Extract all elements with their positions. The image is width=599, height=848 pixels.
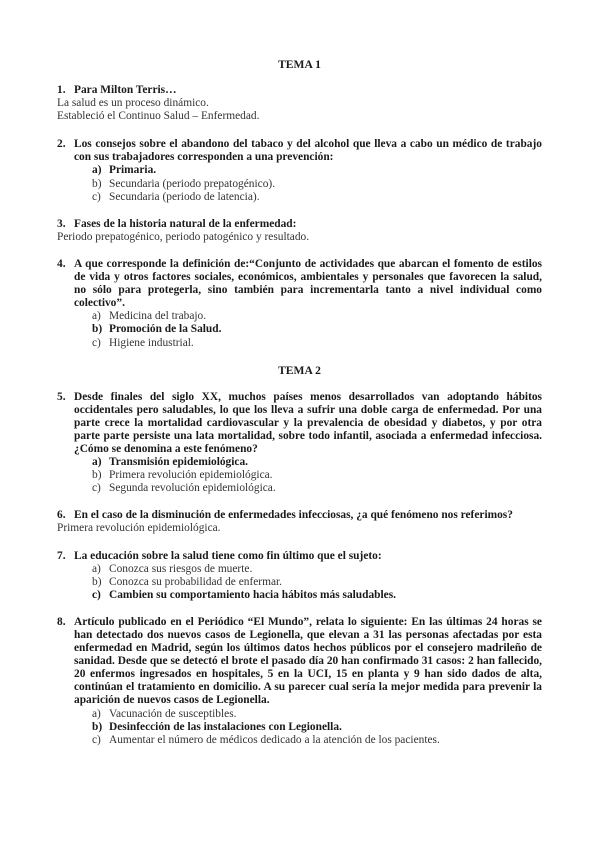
question-8: 8.Artículo publicado en el Periódico “El… (57, 616, 542, 747)
question-text: La educación sobre la salud tiene como f… (74, 550, 542, 563)
option-text: Desinfección de las instalaciones con Le… (109, 721, 342, 734)
options-list: a)Medicina del trabajo. b)Promoción de l… (57, 310, 542, 349)
question-1: 1.Para Milton Terris… La salud es un pro… (57, 84, 542, 123)
question-text: Fases de la historia natural de la enfer… (74, 218, 542, 231)
option-text: Aumentar el número de médicos dedicado a… (109, 734, 440, 747)
option: a)Medicina del trabajo. (92, 310, 542, 323)
option-letter: b) (92, 469, 109, 482)
question-number: 3. (57, 218, 74, 231)
option-text: Secundaria (periodo de latencia). (109, 191, 260, 204)
option-letter: a) (92, 164, 109, 177)
option-letter: b) (92, 323, 109, 336)
option: c)Higiene industrial. (92, 337, 542, 350)
question-number: 4. (57, 258, 74, 310)
question-number: 7. (57, 550, 74, 563)
option: c)Aumentar el número de médicos dedicado… (92, 734, 542, 747)
answer-line: La salud es un proceso dinámico. (57, 97, 542, 110)
question-number: 8. (57, 616, 74, 708)
option: b)Secundaria (periodo prepatogénico). (92, 178, 542, 191)
option-letter: b) (92, 178, 109, 191)
question-3: 3.Fases de la historia natural de la enf… (57, 218, 542, 244)
option-letter: a) (92, 563, 109, 576)
option: b)Conozca su probabilidad de enfermar. (92, 576, 542, 589)
question-text: Los consejos sobre el abandono del tabac… (74, 138, 542, 164)
question-number: 5. (57, 391, 74, 456)
options-list: a)Transmisión epidemiológica. b)Primera … (57, 456, 542, 495)
option: a)Vacunación de susceptibles. (92, 708, 542, 721)
option-text: Promoción de la Salud. (109, 323, 221, 336)
document-page: TEMA 1 1.Para Milton Terris… La salud es… (57, 58, 542, 747)
question-number: 6. (57, 509, 74, 522)
question-6: 6.En el caso de la disminución de enferm… (57, 509, 542, 535)
option-correct: b)Promoción de la Salud. (92, 323, 542, 336)
question-text: A que corresponde la definición de:“Conj… (74, 258, 542, 310)
section-title: TEMA 2 (57, 364, 542, 377)
option-text: Conozca sus riesgos de muerte. (109, 563, 252, 576)
option: b)Primera revolución epidemiológica. (92, 469, 542, 482)
option-text: Secundaria (periodo prepatogénico). (109, 178, 275, 191)
option-letter: c) (92, 482, 109, 495)
question-4: 4.A que corresponde la definición de:“Co… (57, 258, 542, 350)
question-text: Desde finales del siglo XX, muchos paíse… (74, 391, 542, 456)
options-list: a)Conozca sus riesgos de muerte. b)Conoz… (57, 563, 542, 602)
option: c)Segunda revolución epidemiológica. (92, 482, 542, 495)
option-correct: a)Primaria. (92, 164, 542, 177)
question-text: En el caso de la disminución de enfermed… (74, 509, 542, 522)
answer-line: Estableció el Continuo Salud – Enfermeda… (57, 110, 542, 123)
option-letter: a) (92, 708, 109, 721)
option-text: Transmisión epidemiológica. (109, 456, 248, 469)
option-text: Vacunación de susceptibles. (109, 708, 236, 721)
option-letter: a) (92, 310, 109, 323)
option-letter: b) (92, 576, 109, 589)
question-text: Para Milton Terris… (74, 84, 542, 97)
option-letter: b) (92, 721, 109, 734)
option-letter: c) (92, 191, 109, 204)
option-text: Primera revolución epidemiológica. (109, 469, 273, 482)
question-number: 1. (57, 84, 74, 97)
question-7: 7.La educación sobre la salud tiene como… (57, 550, 542, 602)
question-number: 2. (57, 138, 74, 164)
option-text: Medicina del trabajo. (109, 310, 206, 323)
question-2: 2.Los consejos sobre el abandono del tab… (57, 138, 542, 203)
option-letter: c) (92, 734, 109, 747)
option-correct: b)Desinfección de las instalaciones con … (92, 721, 542, 734)
option: c)Secundaria (periodo de latencia). (92, 191, 542, 204)
option-text: Cambien su comportamiento hacia hábitos … (109, 589, 396, 602)
options-list: a)Primaria. b)Secundaria (periodo prepat… (57, 164, 542, 203)
answer-line: Primera revolución epidemiológica. (57, 522, 542, 535)
option-letter: c) (92, 337, 109, 350)
answer-line: Periodo prepatogénico, periodo patogénic… (57, 231, 542, 244)
option-text: Higiene industrial. (109, 337, 194, 350)
question-5: 5.Desde finales del siglo XX, muchos paí… (57, 391, 542, 496)
option-letter: c) (92, 589, 109, 602)
question-text: Artículo publicado en el Periódico “El M… (74, 616, 542, 708)
section-title: TEMA 1 (57, 58, 542, 71)
option-text: Conozca su probabilidad de enfermar. (109, 576, 282, 589)
options-list: a)Vacunación de susceptibles. b)Desinfec… (57, 708, 542, 747)
option-letter: a) (92, 456, 109, 469)
option: a)Conozca sus riesgos de muerte. (92, 563, 542, 576)
option-text: Segunda revolución epidemiológica. (109, 482, 276, 495)
option-correct: c)Cambien su comportamiento hacia hábito… (92, 589, 542, 602)
option-text: Primaria. (109, 164, 156, 177)
option-correct: a)Transmisión epidemiológica. (92, 456, 542, 469)
